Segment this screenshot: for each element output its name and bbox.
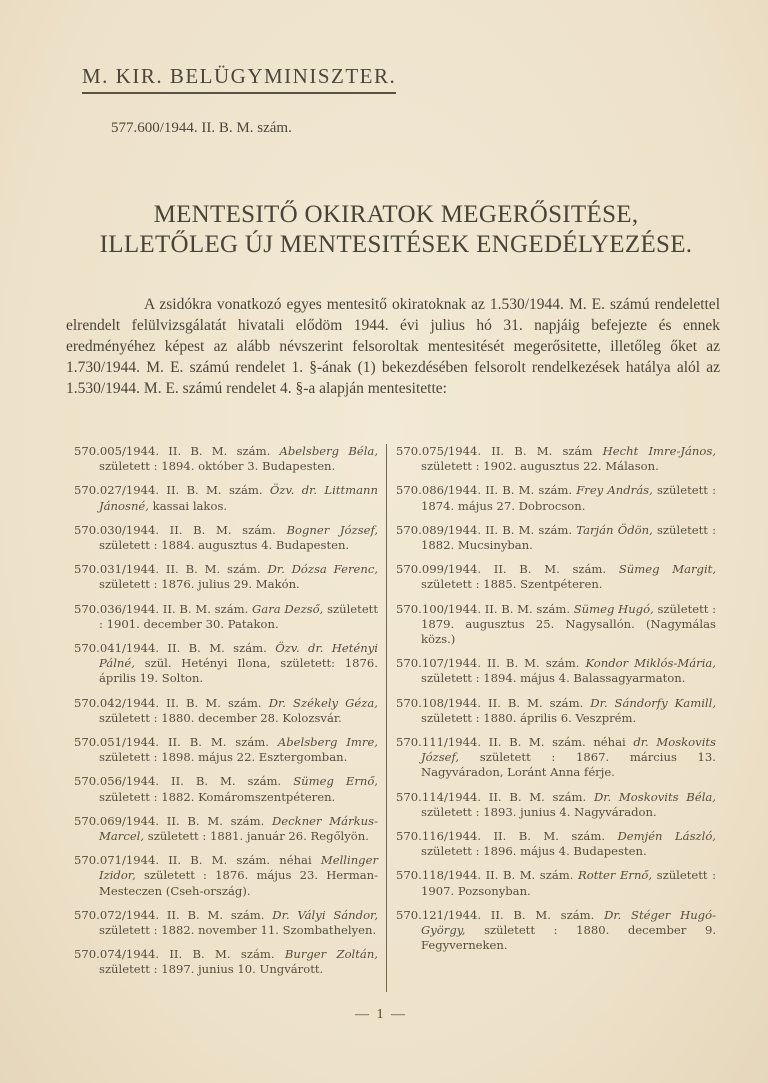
list-item: 570.107/1944. II. B. M. szám. Kondor Mik…: [396, 656, 716, 686]
document-title: MENTESITŐ OKIRATOK MEGERŐSITÉSE, ILLETŐL…: [96, 200, 696, 260]
list-item: 570.027/1944. II. B. M. szám. Özv. dr. L…: [74, 483, 378, 513]
list-item: 570.089/1944. II. B. M. szám. Tarján Ödö…: [396, 523, 716, 553]
list-item: 570.005/1944. II. B. M. szám. Abelsberg …: [74, 444, 378, 474]
list-item: 570.071/1944. II. B. M. szám. néhai Mell…: [74, 853, 378, 899]
list-item: 570.056/1944. II. B. M. szám. Sümeg Ernő…: [74, 774, 378, 804]
list-item: 570.086/1944. II. B. M. szám. Frey Andrá…: [396, 483, 716, 513]
list-item: 570.031/1944. II. B. M. szám. Dr. Dózsa …: [74, 562, 378, 592]
title-line-2: ILLETŐLEG ÚJ MENTESITÉSEK ENGEDÉLYEZÉSE.: [96, 230, 696, 260]
left-column: 570.005/1944. II. B. M. szám. Abelsberg …: [74, 444, 378, 987]
page-number: — 1 —: [355, 1007, 407, 1023]
list-item: 570.099/1944. II. B. M. szám. Sümeg Marg…: [396, 562, 716, 592]
list-item: 570.030/1944. II. B. M. szám. Bogner Józ…: [74, 523, 378, 553]
ministry-heading: M. KIR. BELÜGYMINISZTER.: [82, 64, 396, 94]
list-item: 570.108/1944. II. B. M. szám. Dr. Sándor…: [396, 696, 716, 726]
list-item: 570.041/1944. II. B. M. szám. Özv. dr. H…: [74, 641, 378, 687]
right-column: 570.075/1944. II. B. M. szám Hecht Imre-…: [396, 444, 716, 962]
list-item: 570.074/1944. II. B. M. szám. Burger Zol…: [74, 947, 378, 977]
list-item: 570.069/1944. II. B. M. szám. Deckner Má…: [74, 814, 378, 844]
list-item: 570.118/1944. II. B. M. szám. Rotter Ern…: [396, 868, 716, 898]
document-page: M. KIR. BELÜGYMINISZTER. 577.600/1944. I…: [0, 0, 768, 1083]
list-item: 570.100/1944. II. B. M. szám. Sümeg Hugó…: [396, 602, 716, 648]
list-item: 570.051/1944. II. B. M. szám. Abelsberg …: [74, 735, 378, 765]
column-divider: [386, 444, 387, 992]
list-item: 570.114/1944. II. B. M. szám. Dr. Moskov…: [396, 790, 716, 820]
list-item: 570.111/1944. II. B. M. szám. néhai dr. …: [396, 735, 716, 781]
title-line-1: MENTESITŐ OKIRATOK MEGERŐSITÉSE,: [96, 200, 696, 230]
list-item: 570.075/1944. II. B. M. szám Hecht Imre-…: [396, 444, 716, 474]
list-item: 570.036/1944. II. B. M. szám. Gara Dezső…: [74, 602, 378, 632]
intro-text: A zsidókra vonatkozó egyes mentesitő oki…: [66, 296, 720, 397]
list-item: 570.116/1944. II. B. M. szám. Demjén Lás…: [396, 829, 716, 859]
intro-paragraph: A zsidókra vonatkozó egyes mentesitő oki…: [66, 294, 720, 399]
list-item: 570.121/1944. II. B. M. szám. Dr. Stéger…: [396, 908, 716, 954]
list-item: 570.072/1944. II. B. M. szám. Dr. Vályi …: [74, 908, 378, 938]
reference-number: 577.600/1944. II. B. M. szám.: [111, 120, 292, 137]
list-item: 570.042/1944. II. B. M. szám. Dr. Székel…: [74, 696, 378, 726]
